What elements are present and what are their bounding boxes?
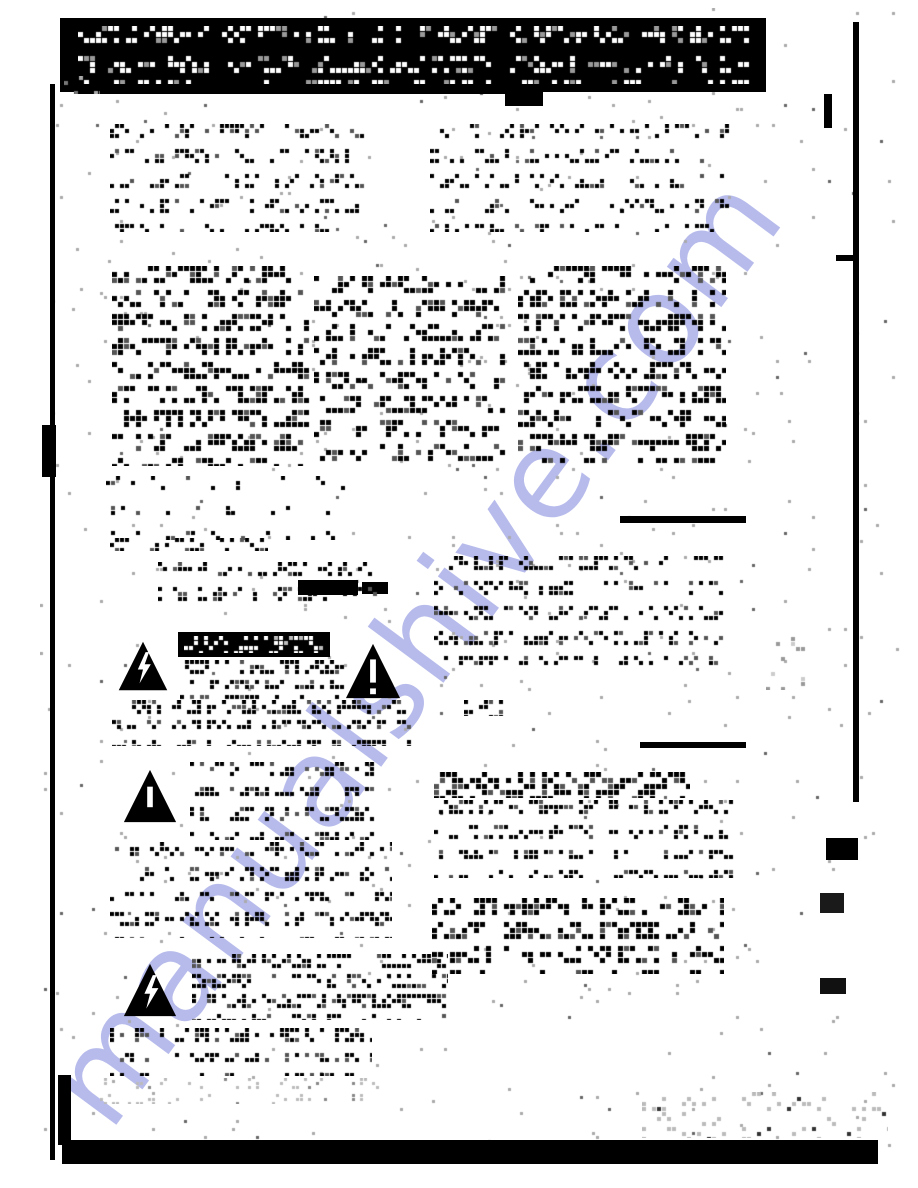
- right-paragraph-illegible: [434, 556, 724, 674]
- exclamation-warning-triangle-icon: [343, 642, 403, 700]
- right-margin-gray-speckle: [766, 632, 806, 690]
- scanned-manual-page: manualshive.com: [0, 0, 918, 1188]
- right-margin-blob-3: [820, 978, 846, 994]
- intro-paragraph-right-illegible: [430, 124, 730, 232]
- header-banner-illegible-title: [78, 26, 750, 84]
- page-border-left-tab: [42, 425, 56, 477]
- caution-title-illegible: [184, 636, 324, 653]
- warning-3-text-illegible: [192, 954, 448, 1020]
- sparse-lines-left-illegible: [106, 476, 346, 540]
- right-margin-blob-2: [820, 893, 844, 913]
- warning-2-text-illegible: [190, 762, 375, 840]
- right-column-rule-1: [620, 516, 746, 523]
- caution-footnote-illegible: [112, 700, 412, 746]
- warning-triangle-2-icon: [121, 768, 179, 824]
- warning-2-paragraph-illegible: [110, 842, 392, 938]
- page-border-left: [50, 84, 55, 1160]
- page-border-right: [853, 22, 859, 802]
- bottom-faint-strip: [642, 1092, 888, 1138]
- warning-body-illegible: [434, 800, 734, 878]
- bold-fragment-line-illegible: [158, 562, 378, 602]
- page-border-left-bottom: [58, 1075, 71, 1145]
- warning-3-paragraph-illegible: [110, 1028, 372, 1076]
- electric-shock-warning-triangle-icon: [117, 638, 169, 694]
- right-column-rule-2: [640, 742, 746, 748]
- bottom-left-faint-text: [100, 1078, 380, 1104]
- right-small-dash-illegible: [464, 700, 504, 716]
- caution-box-text-illegible: [180, 660, 345, 700]
- right-margin-blob-1: [826, 838, 858, 860]
- right-margin-dash-top: [824, 94, 832, 128]
- page-border-bottom-bar: [62, 1140, 878, 1164]
- warning-heading-illegible: [434, 772, 690, 798]
- short-dark-line-illegible: [110, 538, 268, 551]
- right-margin-tick: [836, 255, 854, 261]
- right-bold-block-illegible: [432, 898, 724, 974]
- intro-paragraph-left-illegible: [110, 124, 365, 232]
- instruction-column-1-illegible: [112, 266, 310, 466]
- instruction-column-3-illegible: [518, 266, 726, 464]
- warning-triangle-3-icon: [122, 962, 178, 1018]
- header-underline: [74, 86, 530, 94]
- header-edge-blob: [505, 84, 543, 106]
- instruction-column-2-illegible: [314, 276, 506, 468]
- header-left-gray-blob: [64, 76, 100, 94]
